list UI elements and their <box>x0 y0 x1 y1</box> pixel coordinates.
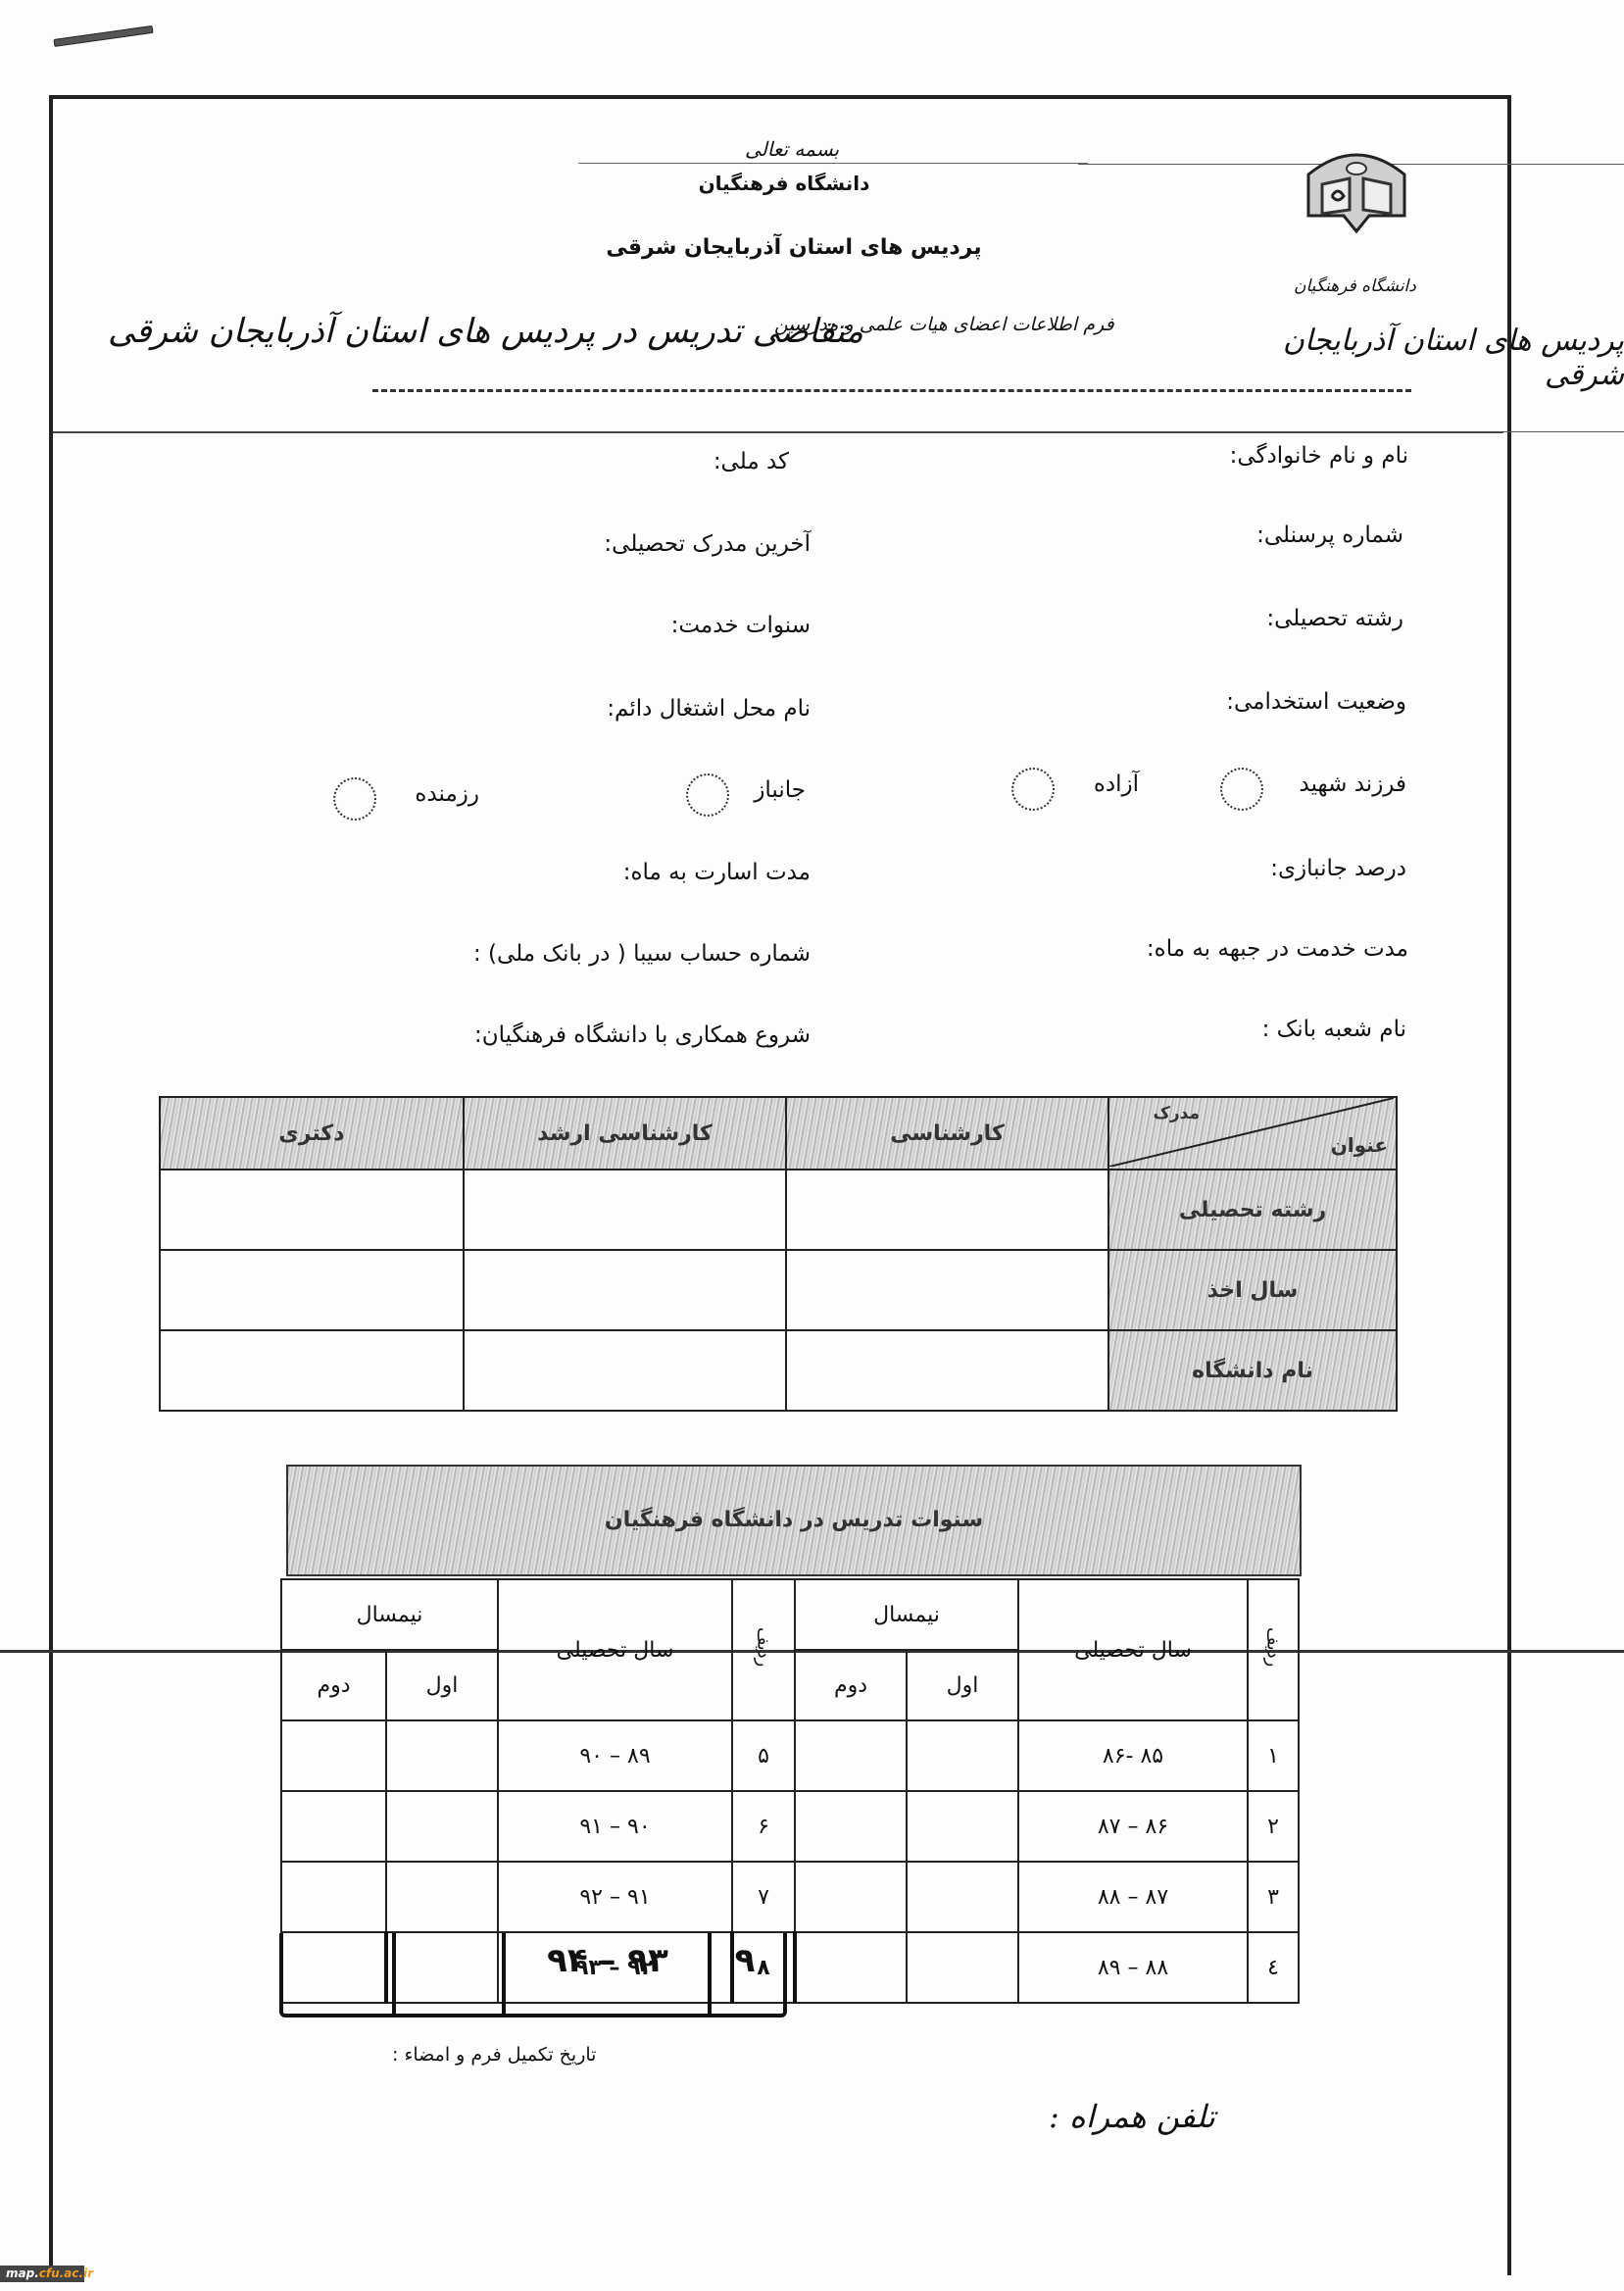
header-rule <box>578 163 1088 164</box>
service-row: ۳ ۸۷ – ۸۸ ۷ ۹۱ – ۹۲ <box>281 1862 1299 1932</box>
semester-header: نیمسال <box>281 1579 498 1650</box>
row-number: ۲ <box>1248 1791 1299 1862</box>
dashed-separator <box>372 389 1411 392</box>
university-logo <box>1299 145 1414 235</box>
row-number: ۱ <box>1248 1720 1299 1791</box>
workplace-label: نام محل اشتغال دائم: <box>607 696 811 722</box>
academic-year: ۸۶ – ۸۷ <box>1018 1791 1248 1862</box>
logo-icon <box>1299 145 1414 235</box>
logo-caption: دانشگاه فرهنگیان <box>1294 276 1416 296</box>
row-number: ٤ <box>1248 1932 1299 2003</box>
radio-combatant[interactable] <box>333 777 376 821</box>
semester-first-header: اول <box>386 1650 498 1720</box>
corner-top-label: مدرک <box>1153 1104 1200 1123</box>
education-header-row: مدرک عنوان کارشناسی کارشناسی ارشد دکتری <box>160 1097 1397 1170</box>
education-row: سال اخذ <box>160 1250 1397 1330</box>
header-bottom-rule <box>53 431 1503 433</box>
semester-cell[interactable] <box>795 1932 907 2003</box>
row-label: سال اخذ <box>1108 1250 1397 1330</box>
corner-bottom-label: عنوان <box>1331 1133 1388 1157</box>
column-header-bachelor: کارشناسی <box>786 1097 1108 1170</box>
logo-campus-handwritten: پردیس های استان آذربایجان شرقی <box>1206 324 1624 392</box>
university-name: دانشگاه فرهنگیان <box>686 172 882 195</box>
row-label: نام دانشگاه <box>1108 1330 1397 1411</box>
service-header-row: ردیف سال تحصیلی نیمسال ردیف سال تحصیلی ن… <box>281 1579 1299 1650</box>
semester-cell[interactable] <box>907 1720 1018 1791</box>
row-number: ۷ <box>732 1862 795 1932</box>
handwritten-divider <box>708 1933 712 2014</box>
semester-cell[interactable] <box>281 1720 386 1791</box>
personnel-number-label: شماره پرسنلی: <box>1256 523 1403 548</box>
row-number: ۶ <box>732 1791 795 1862</box>
status-label-veteran: جانباز <box>754 777 806 803</box>
handwritten-divider <box>502 1933 506 2014</box>
watermark: map.cfu.ac.ir <box>0 2266 84 2282</box>
corner-header: مدرک عنوان <box>1108 1097 1397 1170</box>
row-number-header: ردیف <box>1248 1579 1299 1720</box>
cell-input[interactable] <box>464 1170 786 1250</box>
national-code-label: کد ملی: <box>714 449 789 474</box>
radio-martyr-child[interactable] <box>1220 768 1263 811</box>
semester-header: نیمسال <box>795 1579 1018 1650</box>
semester-second-header: دوم <box>281 1650 386 1720</box>
cell-input[interactable] <box>160 1170 464 1250</box>
semester-cell[interactable] <box>386 1791 498 1862</box>
handwritten-divider <box>392 1933 396 2014</box>
cooperation-start-label: شروع همکاری با دانشگاه فرهنگیان: <box>474 1022 811 1048</box>
mobile-phone-label: تلفن همراه : <box>1049 2098 1215 2135</box>
row-number: ۳ <box>1248 1862 1299 1932</box>
education-table: مدرک عنوان کارشناسی کارشناسی ارشد دکتری … <box>159 1096 1398 1412</box>
semester-cell[interactable] <box>281 1791 386 1862</box>
cell-input[interactable] <box>464 1330 786 1411</box>
semester-second-header: دوم <box>795 1650 907 1720</box>
cell-input[interactable] <box>160 1330 464 1411</box>
captivity-months-label: مدت اسارت به ماه: <box>623 860 811 885</box>
watermark-prefix: map. <box>6 2266 39 2280</box>
radio-freed-pow[interactable] <box>1011 768 1055 811</box>
year-header: سال تحصیلی <box>498 1579 732 1720</box>
academic-year: ۸۷ – ۸۸ <box>1018 1862 1248 1932</box>
education-row: نام دانشگاه <box>160 1330 1397 1411</box>
semester-cell[interactable] <box>386 1720 498 1791</box>
bank-branch-label: نام شعبه بانک : <box>1262 1017 1406 1042</box>
radio-veteran[interactable] <box>686 773 729 817</box>
field-of-study-label: رشته تحصیلی: <box>1266 606 1403 631</box>
cell-input[interactable] <box>786 1250 1108 1330</box>
academic-year: ۸۹ – ۹۰ <box>498 1720 732 1791</box>
semester-first-header: اول <box>907 1650 1018 1720</box>
cell-input[interactable] <box>786 1170 1108 1250</box>
year-header: سال تحصیلی <box>1018 1579 1248 1720</box>
row-number-handwritten: ۹ <box>714 1941 776 1980</box>
semester-cell[interactable] <box>795 1791 907 1862</box>
employment-status-label: وضعیت استخدامی: <box>1226 689 1406 715</box>
cell-input[interactable] <box>160 1250 464 1330</box>
academic-year: ۹۱ – ۹۲ <box>498 1862 732 1932</box>
last-degree-label: آخرین مدرک تحصیلی: <box>604 531 811 557</box>
service-row: ۲ ۸۶ – ۸۷ ۶ ۹۰ – ۹۱ <box>281 1791 1299 1862</box>
academic-year: ۸۸ – ۸۹ <box>1018 1932 1248 2003</box>
full-name-label: نام و نام خانوادگی: <box>1230 443 1408 469</box>
years-of-service-label: سنوات خدمت: <box>671 613 811 638</box>
semester-cell[interactable] <box>281 1862 386 1932</box>
academic-year: ۸۵ -۸۶ <box>1018 1720 1248 1791</box>
campus-name: پردیس های استان آذربایجان شرقی <box>588 235 1000 260</box>
staple-mark <box>53 25 153 47</box>
semester-cell[interactable] <box>907 1932 1018 2003</box>
form-title-handwritten: متقاضی تدریس در پردیس های استان آذربایجا… <box>108 312 863 351</box>
row-label: رشته تحصیلی <box>1108 1170 1397 1250</box>
service-table-title: سنوات تدریس در دانشگاه فرهنگیان <box>286 1465 1302 1576</box>
row-number: ۵ <box>732 1720 795 1791</box>
cell-input[interactable] <box>464 1250 786 1330</box>
front-service-label: مدت خدمت در جبهه به ماه: <box>1147 936 1408 962</box>
semester-cell[interactable] <box>795 1720 907 1791</box>
watermark-domain: cfu.ac.ir <box>39 2266 93 2280</box>
status-label-combatant: رزمنده <box>415 781 479 807</box>
service-row: ۱ ۸۵ -۸۶ ۵ ۸۹ – ۹۰ <box>281 1720 1299 1791</box>
semester-cell[interactable] <box>907 1791 1018 1862</box>
semester-cell[interactable] <box>795 1862 907 1932</box>
status-label-freed-pow: آزاده <box>1094 772 1139 797</box>
academic-year-handwritten: ۹۳ – ۹۴ <box>510 1941 706 1980</box>
siba-account-label: شماره حساب سیبا ( در بانک ملی) : <box>473 941 811 967</box>
basmala: بسمه تعالی <box>745 137 839 161</box>
semester-cell[interactable] <box>907 1862 1018 1932</box>
row-number-header: ردیف <box>732 1579 795 1720</box>
education-row: رشته تحصیلی <box>160 1170 1397 1250</box>
veteran-percent-label: درصد جانبازی: <box>1270 856 1406 881</box>
column-header-master: کارشناسی ارشد <box>464 1097 786 1170</box>
date-signature-label: تاریخ تکمیل فرم و امضاء : <box>392 2044 596 2066</box>
status-label-martyr-child: فرزند شهید <box>1300 772 1406 797</box>
academic-year: ۹۰ – ۹۱ <box>498 1791 732 1862</box>
cell-input[interactable] <box>786 1330 1108 1411</box>
column-header-phd: دکتری <box>160 1097 464 1170</box>
semester-cell[interactable] <box>386 1862 498 1932</box>
